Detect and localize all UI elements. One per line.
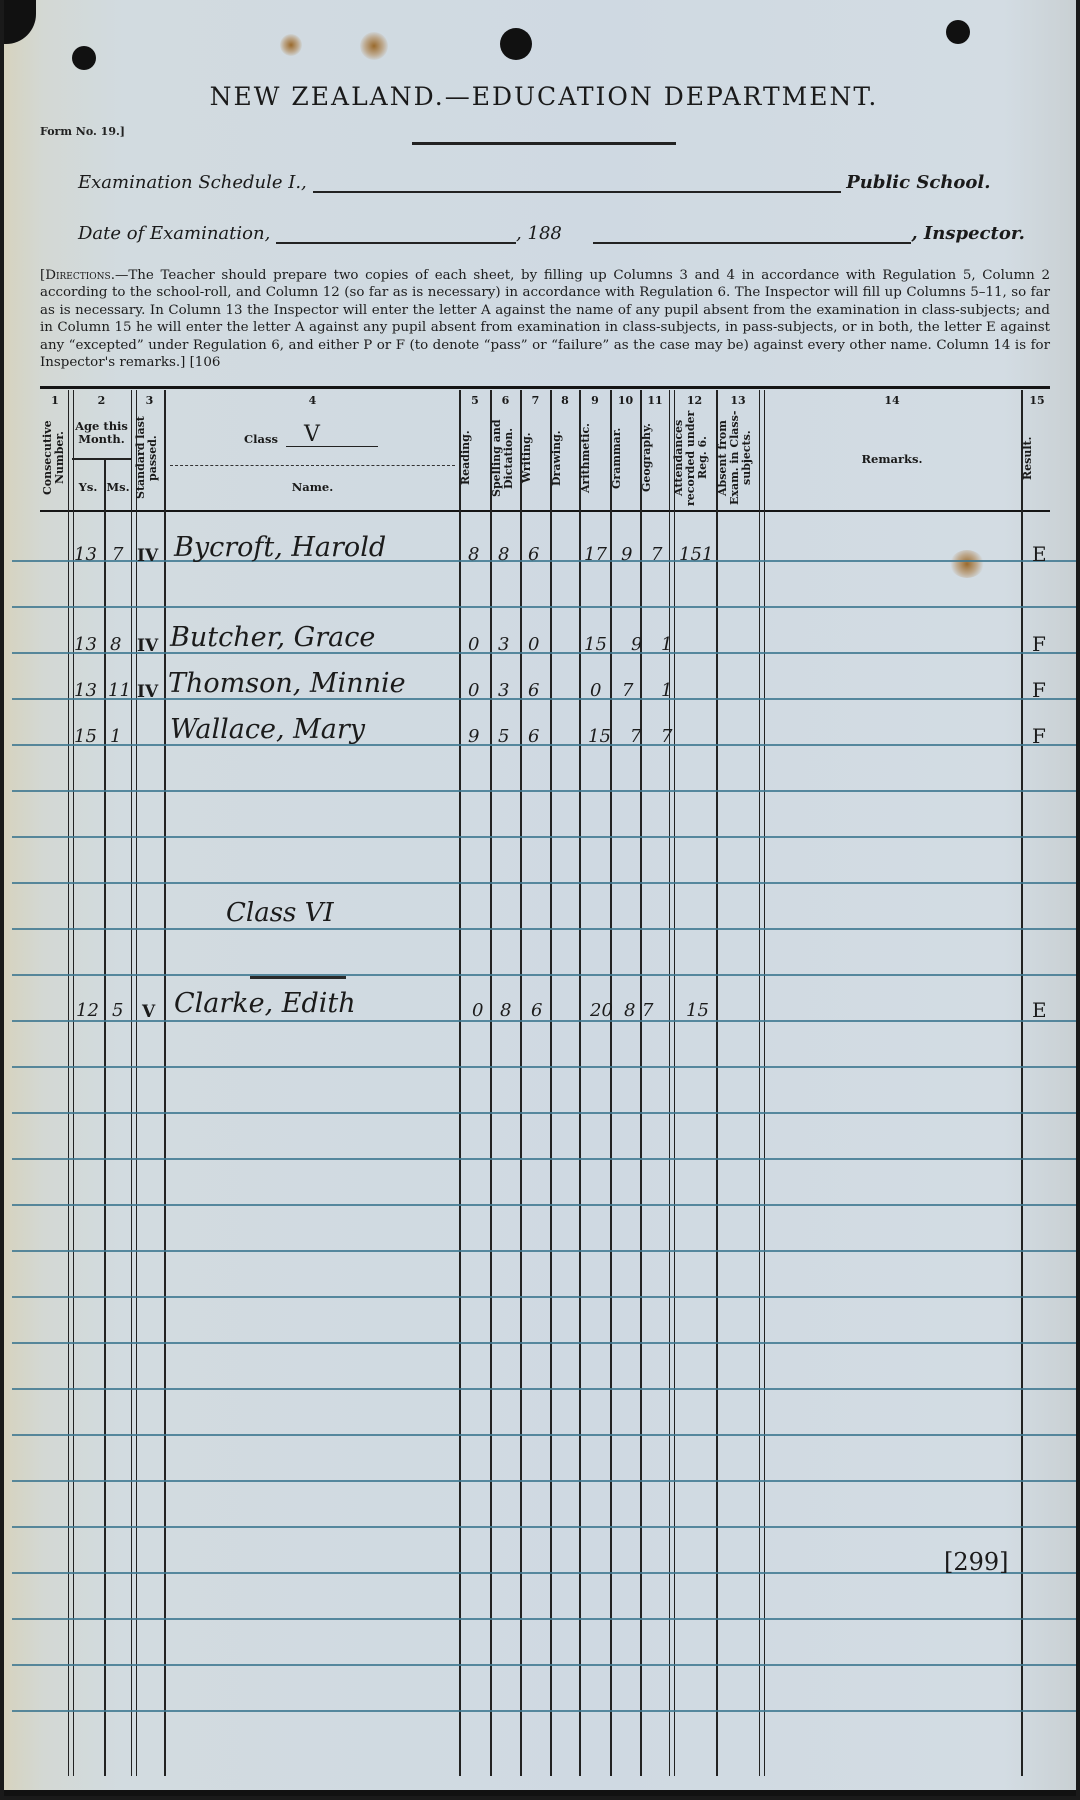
cell-arithmetic: 15 <box>588 726 611 747</box>
title-underline <box>412 142 676 145</box>
col-divider <box>550 390 552 1776</box>
cell-attendances: 151 <box>679 544 713 565</box>
ruling-line <box>12 1296 1076 1298</box>
cell-months: 1 <box>110 726 121 747</box>
col-number-6: 6 <box>491 394 520 407</box>
ruling-line <box>12 1342 1076 1344</box>
col-divider <box>759 390 765 1776</box>
col-number-8: 8 <box>551 394 579 407</box>
cell-spelling: 8 <box>498 544 509 565</box>
col-number-7: 7 <box>521 394 550 407</box>
cell-years: 15 <box>74 726 97 747</box>
cell-result: F <box>1032 678 1046 702</box>
punch-hole <box>72 46 96 70</box>
ruling-line <box>12 1204 1076 1206</box>
ruling-line <box>12 1112 1076 1114</box>
cell-months: 8 <box>110 634 121 655</box>
cell-geography: 1 <box>661 680 672 701</box>
exam-schedule-sheet: NEW ZEALAND.—EDUCATION DEPARTMENT. Form … <box>4 0 1076 1796</box>
cell-standard: IV <box>137 636 158 656</box>
cell-arithmetic: 0 <box>590 680 601 701</box>
cell-geography: 1 <box>661 634 672 655</box>
col-divider <box>104 458 106 1776</box>
schedule-line: Examination Schedule I., Public School. <box>78 172 991 193</box>
cell-grammar: 7 <box>622 680 633 701</box>
cell-reading: 8 <box>468 544 479 565</box>
cell-name: Butcher, Grace <box>170 622 375 653</box>
cell-name: Clarke, Edith <box>174 988 356 1019</box>
cell-reading: 9 <box>468 726 479 747</box>
col-header-age: Age this Month. <box>72 420 131 446</box>
class-value[interactable]: V <box>304 422 320 447</box>
col-header-absent: Absent from Exam. in Class-subjects. <box>717 408 759 508</box>
rust-stain <box>280 34 302 56</box>
ruling-line <box>12 1618 1076 1620</box>
col-number-1: 1 <box>42 394 68 407</box>
cell-name: Thomson, Minnie <box>168 668 406 699</box>
cell-arithmetic: 20 <box>590 1000 613 1021</box>
col-header-reading: Reading. <box>460 412 490 504</box>
ruling-line <box>12 1020 1076 1022</box>
cell-months: 11 <box>108 680 131 701</box>
col-number-12: 12 <box>673 394 716 407</box>
ruling-line <box>12 560 1076 562</box>
header-bottom-rule <box>40 510 1050 512</box>
cell-geography: 7 <box>661 726 672 747</box>
cell-writing: 6 <box>528 544 539 565</box>
col-divider <box>164 390 166 1776</box>
name-subdivider <box>170 465 455 466</box>
cell-result: E <box>1032 542 1047 566</box>
age-subdivider <box>72 458 131 460</box>
ruling-line <box>12 1526 1076 1528</box>
col-header-remarks: Remarks. <box>763 452 1021 466</box>
cell-grammar: 9 <box>621 544 632 565</box>
cell-standard: IV <box>137 546 158 566</box>
directions: [Directions.—The Teacher should prepare … <box>40 267 1050 371</box>
col-header-standard: Standard last passed. <box>135 412 164 504</box>
col-number-2: 2 <box>72 394 131 407</box>
col-number-10: 10 <box>611 394 640 407</box>
col-header-name: Name. <box>166 480 459 494</box>
col-divider <box>459 390 461 1776</box>
cell-writing: 6 <box>531 1000 542 1021</box>
inspector-field[interactable] <box>593 224 911 244</box>
ruling-line <box>12 606 1076 608</box>
form-number: Form No. 19.] <box>40 125 125 138</box>
ruling-line <box>12 1434 1076 1436</box>
cell-reading: 0 <box>468 680 479 701</box>
col-number-5: 5 <box>460 394 490 407</box>
ruling-line <box>12 1250 1076 1252</box>
ruling-line <box>12 882 1076 884</box>
col-header-years: Ys. <box>72 480 104 494</box>
cell-geography: 7 <box>651 544 662 565</box>
ruling-line <box>12 1066 1076 1068</box>
cell-name: Wallace, Mary <box>170 714 365 745</box>
col-header-months: Ms. <box>105 480 131 494</box>
cell-writing: 0 <box>528 634 539 655</box>
col-number-11: 11 <box>641 394 669 407</box>
inspector-suffix: , Inspector. <box>911 223 1025 244</box>
col-divider <box>68 390 74 1776</box>
cell-result: F <box>1032 632 1046 656</box>
cell-grammar: 8 <box>624 1000 635 1021</box>
col-number-3: 3 <box>135 394 164 407</box>
col-divider <box>520 390 522 1776</box>
col-header-spelling: Spelling and Dictation. <box>491 412 520 504</box>
header-top-rule <box>40 386 1050 389</box>
section-underline <box>250 976 346 979</box>
cell-name: Bycroft, Harold <box>174 532 386 563</box>
directions-lead: [Directions. <box>40 268 115 283</box>
date-line: Date of Examination, , 188 , Inspector. <box>78 223 1025 244</box>
cell-geography: 7 <box>642 1000 653 1021</box>
class-field-underline <box>286 446 378 447</box>
cell-spelling: 5 <box>498 726 509 747</box>
date-field[interactable] <box>276 224 516 244</box>
torn-corner <box>4 0 36 44</box>
col-header-geography: Geography. <box>641 412 669 504</box>
cell-years: 13 <box>74 634 97 655</box>
punch-hole <box>500 28 532 60</box>
cell-result: E <box>1032 998 1047 1022</box>
cell-standard: V <box>142 1002 155 1022</box>
col-number-9: 9 <box>580 394 610 407</box>
ruling-line <box>12 974 1076 976</box>
cell-grammar: 9 <box>631 634 642 655</box>
cell-years: 13 <box>74 544 97 565</box>
col-header-result: Result. <box>1022 412 1052 504</box>
ruling-line <box>12 1158 1076 1160</box>
cell-arithmetic: 17 <box>584 544 607 565</box>
school-suffix: Public School. <box>846 172 990 193</box>
col-number-4: 4 <box>166 394 459 407</box>
cell-reading: 0 <box>472 1000 483 1021</box>
ruling-line <box>12 1572 1076 1574</box>
ruling-line <box>12 1664 1076 1666</box>
cell-arithmetic: 15 <box>584 634 607 655</box>
col-header-grammar: Grammar. <box>611 412 640 504</box>
col-divider <box>669 390 675 1776</box>
col-divider <box>640 390 642 1776</box>
col-header-attendances: Attendances recorded under Reg. 6. <box>673 408 716 508</box>
cell-years: 12 <box>76 1000 99 1021</box>
col-header-consecutive: Consecutive Number. <box>42 412 68 504</box>
directions-ref: [106 <box>190 355 221 370</box>
cell-result: F <box>1032 724 1046 748</box>
col-divider <box>490 390 492 1776</box>
scan-bottom-edge <box>4 1790 1076 1796</box>
col-divider <box>131 390 137 1776</box>
col-divider <box>1021 390 1023 1776</box>
col-number-15: 15 <box>1022 394 1052 407</box>
section-heading-class-vi: Class VI <box>226 898 334 928</box>
col-number-14: 14 <box>763 394 1021 407</box>
punch-hole <box>946 20 970 44</box>
ruling-line <box>12 790 1076 792</box>
ruling-line <box>12 928 1076 930</box>
ruling-line <box>12 1480 1076 1482</box>
cell-attendances: 15 <box>686 1000 709 1021</box>
cell-months: 7 <box>112 544 123 565</box>
ruling-line <box>12 836 1076 838</box>
col-header-arithmetic: Arithmetic. <box>580 412 610 504</box>
schedule-label: Examination Schedule I., <box>78 172 307 193</box>
cell-months: 5 <box>112 1000 123 1021</box>
cell-writing: 6 <box>528 726 539 747</box>
cell-spelling: 8 <box>500 1000 511 1021</box>
ruling-line <box>12 1710 1076 1712</box>
col-header-writing: Writing. <box>521 412 550 504</box>
page-title: NEW ZEALAND.—EDUCATION DEPARTMENT. <box>4 82 1076 111</box>
col-number-13: 13 <box>717 394 759 407</box>
school-name-field[interactable] <box>313 173 841 193</box>
cell-spelling: 3 <box>498 680 509 701</box>
cell-standard: IV <box>137 682 158 702</box>
year-prefix: , 188 <box>516 223 562 244</box>
col-divider <box>716 390 718 1776</box>
rust-stain <box>950 550 984 578</box>
cell-years: 13 <box>74 680 97 701</box>
cell-spelling: 3 <box>498 634 509 655</box>
cell-grammar: 7 <box>630 726 641 747</box>
col-divider <box>610 390 612 1776</box>
col-header-drawing: Drawing. <box>551 412 579 504</box>
date-label: Date of Examination, <box>78 223 270 244</box>
class-label: Class <box>244 432 278 446</box>
rust-stain <box>360 32 388 60</box>
cell-reading: 0 <box>468 634 479 655</box>
cell-writing: 6 <box>528 680 539 701</box>
col-divider <box>579 390 581 1776</box>
page-number: [299] <box>944 1548 1009 1576</box>
ruling-line <box>12 1388 1076 1390</box>
